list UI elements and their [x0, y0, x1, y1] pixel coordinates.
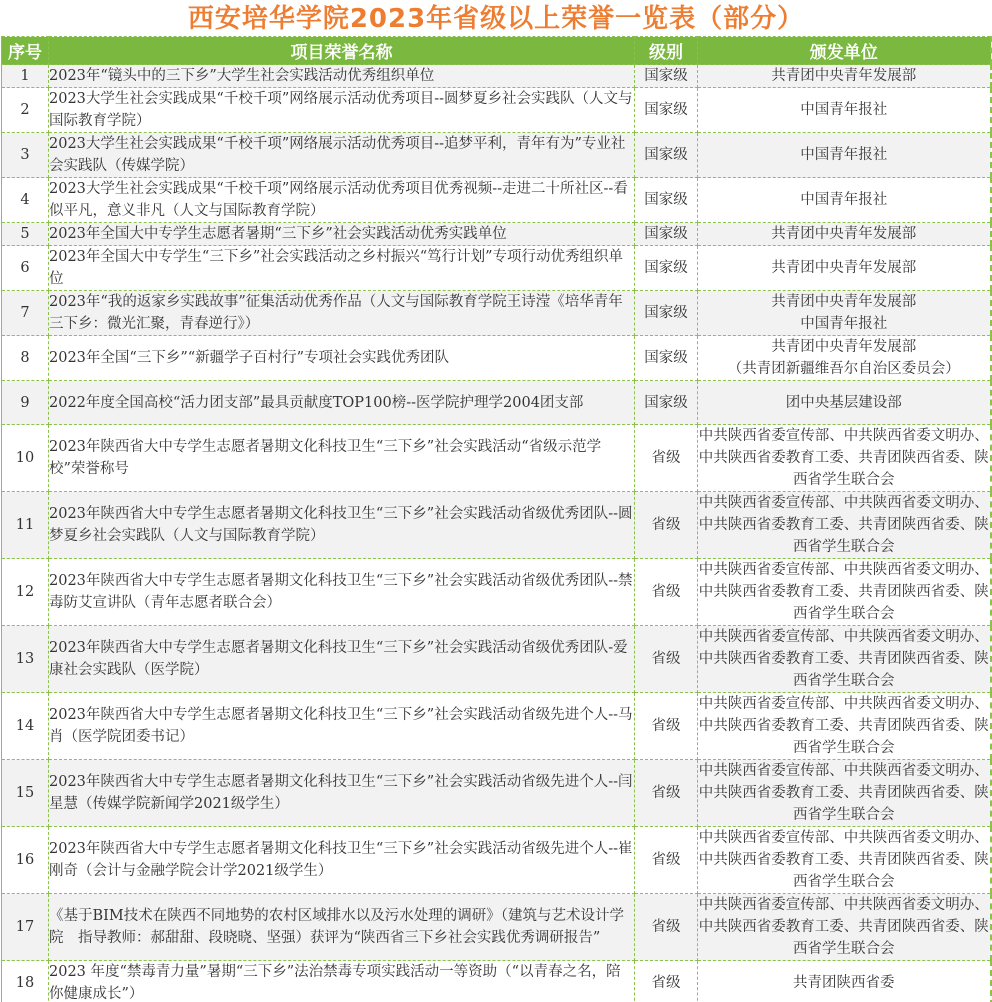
- table-row: 42023大学生社会实践成果“千校千项”网络展示活动优秀项目优秀视频--走进二十…: [2, 178, 991, 223]
- honor-level: 国家级: [635, 336, 698, 381]
- honor-name: 《基于BIM技术在陕西不同地势的农村区域排水以及污水处理的调研》（建筑与艺术设计…: [49, 894, 635, 961]
- row-number: 1: [2, 65, 49, 88]
- table-row: 12023年“镜头中的三下乡”大学生社会实践活动优秀组织单位国家级共青团中央青年…: [2, 65, 991, 88]
- honor-level: 省级: [635, 827, 698, 894]
- table-body: 12023年“镜头中的三下乡”大学生社会实践活动优秀组织单位国家级共青团中央青年…: [2, 65, 991, 1002]
- honor-name: 2023年全国“三下乡”“新疆学子百村行”专项社会实践优秀团队: [49, 336, 635, 381]
- honor-name: 2023年陕西省大中专学生志愿者暑期文化科技卫生“三下乡”社会实践活动省级先进个…: [49, 693, 635, 760]
- honor-level: 国家级: [635, 246, 698, 291]
- issuing-unit: 共青团中央青年发展部（共青团新疆维吾尔自治区委员会）: [698, 336, 991, 381]
- table-row: 132023年陕西省大中专学生志愿者暑期文化科技卫生“三下乡”社会实践活动省级优…: [2, 626, 991, 693]
- table-row: 17《基于BIM技术在陕西不同地势的农村区域排水以及污水处理的调研》（建筑与艺术…: [2, 894, 991, 961]
- table-header-row: 序号 项目荣誉名称 级别 颁发单位: [2, 37, 991, 65]
- table-row: 92022年度全国高校“活力团支部”最具贡献度TOP100榜--医学院护理学20…: [2, 381, 991, 425]
- header-no: 序号: [2, 37, 49, 65]
- row-number: 15: [2, 760, 49, 827]
- row-number: 4: [2, 178, 49, 223]
- table-row: 142023年陕西省大中专学生志愿者暑期文化科技卫生“三下乡”社会实践活动省级先…: [2, 693, 991, 760]
- table-row: 52023年全国大中专学生志愿者暑期“三下乡”社会实践活动优秀实践单位国家级共青…: [2, 223, 991, 246]
- issuing-unit: 中共陕西省委宣传部、中共陕西省委文明办、中共陕西省委教育工委、共青团陕西省委、陕…: [698, 894, 991, 961]
- issuing-unit: 共青团中央青年发展部: [698, 223, 991, 246]
- issuing-unit: 团中央基层建设部: [698, 381, 991, 425]
- honor-level: 省级: [635, 492, 698, 559]
- issuing-unit: 共青团中央青年发展部: [698, 65, 991, 88]
- honor-name: 2023年陕西省大中专学生志愿者暑期文化科技卫生“三下乡”社会实践活动省级优秀团…: [49, 559, 635, 626]
- table-row: 22023大学生社会实践成果“千校千项”网络展示活动优秀项目--圆梦夏乡社会实践…: [2, 88, 991, 133]
- honor-level: 省级: [635, 693, 698, 760]
- honor-name: 2022年度全国高校“活力团支部”最具贡献度TOP100榜--医学院护理学200…: [49, 381, 635, 425]
- honor-name: 2023年“镜头中的三下乡”大学生社会实践活动优秀组织单位: [49, 65, 635, 88]
- honor-level: 省级: [635, 961, 698, 1002]
- honor-level: 省级: [635, 559, 698, 626]
- issuing-unit: 中共陕西省委宣传部、中共陕西省委文明办、中共陕西省委教育工委、共青团陕西省委、陕…: [698, 492, 991, 559]
- row-number: 17: [2, 894, 49, 961]
- header-name: 项目荣誉名称: [49, 37, 635, 65]
- table-row: 102023年陕西省大中专学生志愿者暑期文化科技卫生“三下乡”社会实践活动“省级…: [2, 425, 991, 492]
- honor-name: 2023年陕西省大中专学生志愿者暑期文化科技卫生“三下乡”社会实践活动省级先进个…: [49, 760, 635, 827]
- row-number: 11: [2, 492, 49, 559]
- issuing-unit: 中共陕西省委宣传部、中共陕西省委文明办、中共陕西省委教育工委、共青团陕西省委、陕…: [698, 425, 991, 492]
- header-issuer: 颁发单位: [698, 37, 991, 65]
- honor-level: 国家级: [635, 65, 698, 88]
- honor-level: 国家级: [635, 178, 698, 223]
- header-level: 级别: [635, 37, 698, 65]
- honor-level: 国家级: [635, 381, 698, 425]
- row-number: 9: [2, 381, 49, 425]
- issuing-unit: 中共陕西省委宣传部、中共陕西省委文明办、中共陕西省委教育工委、共青团陕西省委、陕…: [698, 760, 991, 827]
- issuing-unit: 中国青年报社: [698, 88, 991, 133]
- honor-name: 2023年陕西省大中专学生志愿者暑期文化科技卫生“三下乡”社会实践活动省级优秀团…: [49, 492, 635, 559]
- table-row: 82023年全国“三下乡”“新疆学子百村行”专项社会实践优秀团队国家级共青团中央…: [2, 336, 991, 381]
- row-number: 14: [2, 693, 49, 760]
- honor-name: 2023年陕西省大中专学生志愿者暑期文化科技卫生“三下乡”社会实践活动“省级示范…: [49, 425, 635, 492]
- table-row: 112023年陕西省大中专学生志愿者暑期文化科技卫生“三下乡”社会实践活动省级优…: [2, 492, 991, 559]
- issuing-unit: 中共陕西省委宣传部、中共陕西省委文明办、中共陕西省委教育工委、共青团陕西省委、陕…: [698, 626, 991, 693]
- honor-name: 2023大学生社会实践成果“千校千项”网络展示活动优秀项目优秀视频--走进二十所…: [49, 178, 635, 223]
- row-number: 18: [2, 961, 49, 1002]
- issuing-unit: 中国青年报社: [698, 178, 991, 223]
- honor-level: 国家级: [635, 291, 698, 336]
- row-number: 6: [2, 246, 49, 291]
- table-row: 122023年陕西省大中专学生志愿者暑期文化科技卫生“三下乡”社会实践活动省级优…: [2, 559, 991, 626]
- issuing-unit: 共青团中央青年发展部: [698, 246, 991, 291]
- issuing-unit: 共青团陕西省委: [698, 961, 991, 1002]
- row-number: 8: [2, 336, 49, 381]
- honor-name: 2023年陕西省大中专学生志愿者暑期文化科技卫生“三下乡”社会实践活动省级优秀团…: [49, 626, 635, 693]
- row-number: 16: [2, 827, 49, 894]
- row-number: 3: [2, 133, 49, 178]
- table-row: 162023年陕西省大中专学生志愿者暑期文化科技卫生“三下乡”社会实践活动省级先…: [2, 827, 991, 894]
- table-row: 72023年“我的返家乡实践故事”征集活动优秀作品（人文与国际教育学院王诗滢《培…: [2, 291, 991, 336]
- honor-name: 2023 年度“禁毒青力量”暑期“三下乡”法治禁毒专项实践活动一等资助（“以青春…: [49, 961, 635, 1002]
- table-row: 152023年陕西省大中专学生志愿者暑期文化科技卫生“三下乡”社会实践活动省级先…: [2, 760, 991, 827]
- honor-name: 2023年全国大中专学生志愿者暑期“三下乡”社会实践活动优秀实践单位: [49, 223, 635, 246]
- honor-level: 国家级: [635, 88, 698, 133]
- honor-level: 国家级: [635, 223, 698, 246]
- table-row: 62023年全国大中专学生“三下乡”社会实践活动之乡村振兴“笃行计划”专项行动优…: [2, 246, 991, 291]
- issuing-unit: 中国青年报社: [698, 133, 991, 178]
- honor-name: 2023年陕西省大中专学生志愿者暑期文化科技卫生“三下乡”社会实践活动省级先进个…: [49, 827, 635, 894]
- honor-level: 省级: [635, 626, 698, 693]
- issuing-unit: 中共陕西省委宣传部、中共陕西省委文明办、中共陕西省委教育工委、共青团陕西省委、陕…: [698, 827, 991, 894]
- row-number: 5: [2, 223, 49, 246]
- honor-name: 2023大学生社会实践成果“千校千项”网络展示活动优秀项目--追梦平利，青年有为…: [49, 133, 635, 178]
- row-number: 7: [2, 291, 49, 336]
- row-number: 12: [2, 559, 49, 626]
- honor-level: 省级: [635, 760, 698, 827]
- issuing-unit: 中共陕西省委宣传部、中共陕西省委文明办、中共陕西省委教育工委、共青团陕西省委、陕…: [698, 693, 991, 760]
- row-number: 10: [2, 425, 49, 492]
- issuing-unit: 中共陕西省委宣传部、中共陕西省委文明办、中共陕西省委教育工委、共青团陕西省委、陕…: [698, 559, 991, 626]
- honor-level: 省级: [635, 425, 698, 492]
- row-number: 13: [2, 626, 49, 693]
- table-row: 32023大学生社会实践成果“千校千项”网络展示活动优秀项目--追梦平利，青年有…: [2, 133, 991, 178]
- page-title: 西安培华学院2023年省级以上荣誉一览表（部分）: [0, 0, 992, 36]
- honor-name: 2023大学生社会实践成果“千校千项”网络展示活动优秀项目--圆梦夏乡社会实践队…: [49, 88, 635, 133]
- issuing-unit: 共青团中央青年发展部中国青年报社: [698, 291, 991, 336]
- honor-name: 2023年全国大中专学生“三下乡”社会实践活动之乡村振兴“笃行计划”专项行动优秀…: [49, 246, 635, 291]
- honor-level: 国家级: [635, 133, 698, 178]
- honors-table: 序号 项目荣誉名称 级别 颁发单位 12023年“镜头中的三下乡”大学生社会实践…: [1, 36, 992, 1002]
- table-row: 182023 年度“禁毒青力量”暑期“三下乡”法治禁毒专项实践活动一等资助（“以…: [2, 961, 991, 1002]
- row-number: 2: [2, 88, 49, 133]
- honor-level: 省级: [635, 894, 698, 961]
- honor-name: 2023年“我的返家乡实践故事”征集活动优秀作品（人文与国际教育学院王诗滢《培华…: [49, 291, 635, 336]
